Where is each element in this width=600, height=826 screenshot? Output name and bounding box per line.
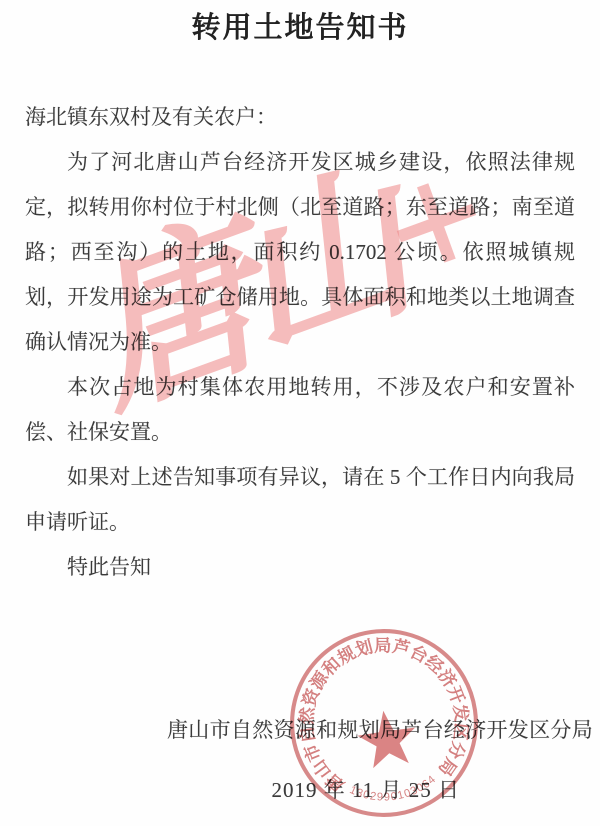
document-body: 海北镇东双村及有关农户： 为了河北唐山芦台经济开发区城乡建设，依照法律规定，拟转… xyxy=(25,95,575,590)
paragraph-hearing-rights: 如果对上述告知事项有异议，请在 5 个工作日内向我局申请听证。 xyxy=(25,455,575,545)
scanned-document-page: 转用土地告知书 海北镇东双村及有关农户： 为了河北唐山芦台经济开发区城乡建设，依… xyxy=(0,0,600,826)
paragraph-land-conversion: 为了河北唐山芦台经济开发区城乡建设，依照法律规定，拟转用你村位于村北侧（北至道路… xyxy=(25,140,575,365)
issuing-authority-signature: 唐山市自然资源和规划局芦台经济开发区分局 xyxy=(0,708,593,753)
salutation-line: 海北镇东双村及有关农户： xyxy=(25,95,575,140)
document-title: 转用土地告知书 xyxy=(0,8,600,48)
issue-date: 2019 年 11 月 25 日 xyxy=(0,768,460,813)
paragraph-compensation: 本次占地为村集体农用地转用，不涉及农户和安置补偿、社保安置。 xyxy=(25,365,575,455)
closing-phrase: 特此告知 xyxy=(25,545,575,590)
